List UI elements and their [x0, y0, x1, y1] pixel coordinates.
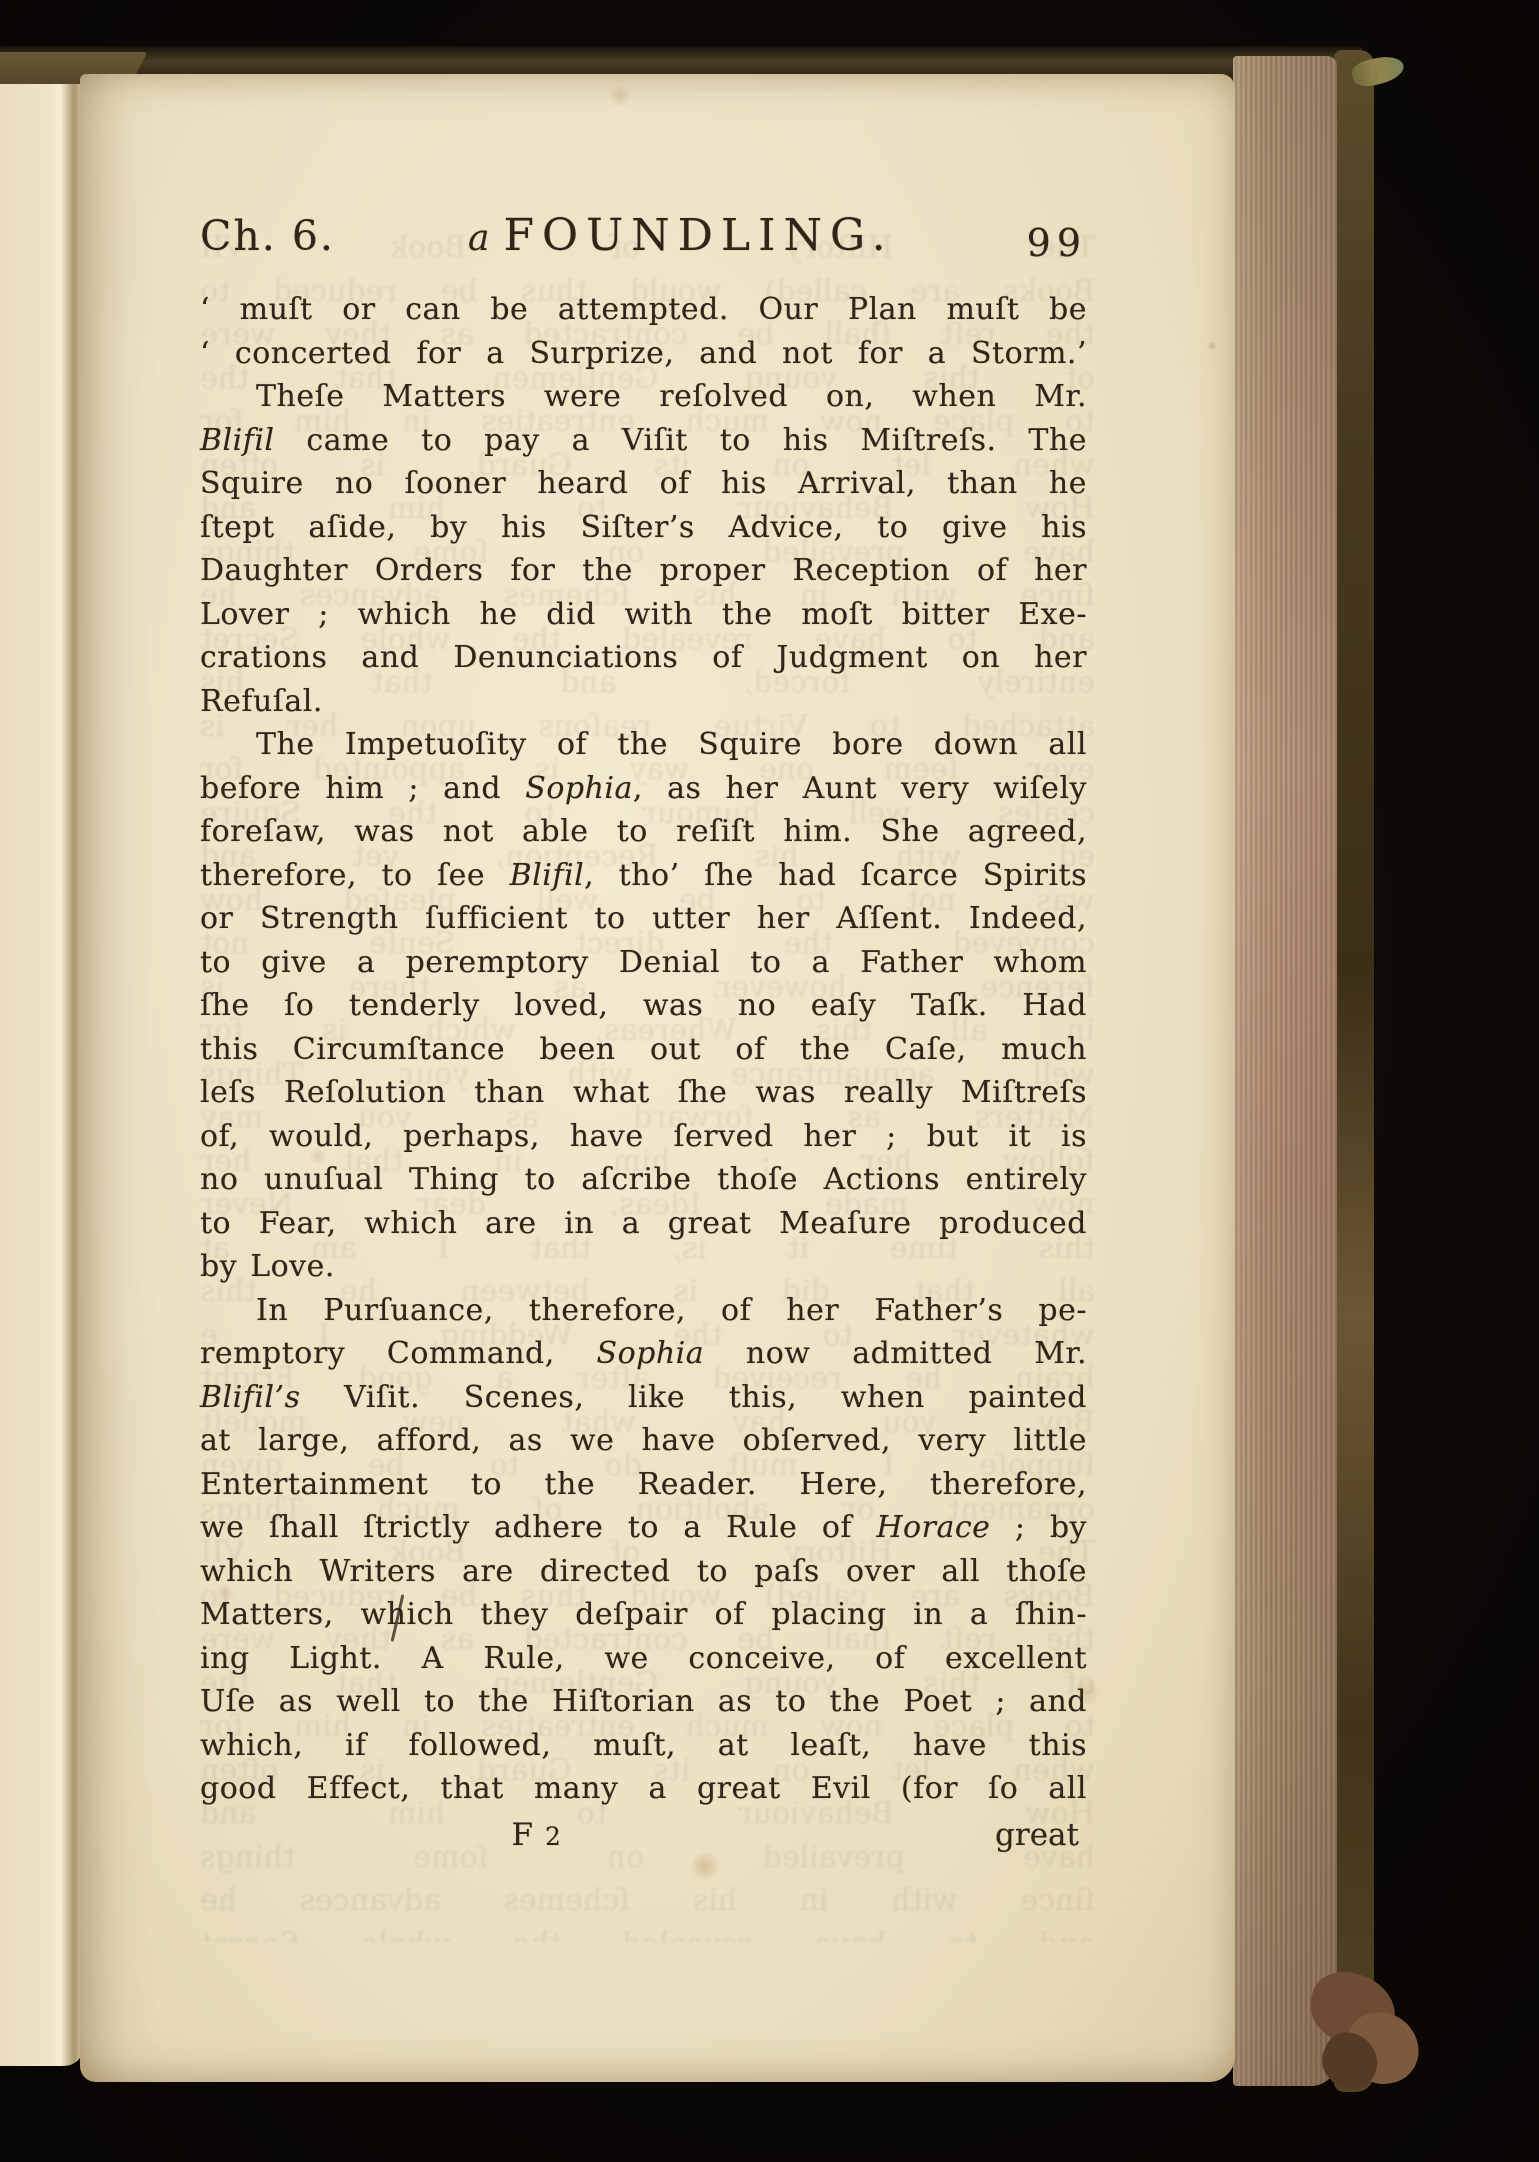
text-block: ‘ muſt or can be attempted. Our Plan muſ… — [200, 288, 1087, 1811]
page-content: Ch. 6. aFOUNDLING. 99 ‘ muſt or can be a… — [200, 74, 1087, 2082]
text-line: ſtept aſide, by his Siſter’s Advice, to … — [200, 506, 1087, 550]
text-line: ‘ concerted for a Surprize, and not for … — [200, 332, 1087, 376]
chapter-label: Ch. 6. — [200, 212, 335, 260]
facing-page-edge — [0, 84, 84, 2066]
text-line: Lover ; which he did with the moſt bitte… — [200, 593, 1087, 637]
page-stack-fore-edge — [1233, 56, 1337, 2086]
text-line: before him ; and Sophia, as her Aunt ver… — [200, 767, 1087, 811]
text-line: Squire no ſooner heard of his Arrival, t… — [200, 462, 1087, 506]
text-line: Uſe as well to the Hiſtorian as to the P… — [200, 1680, 1087, 1724]
text-line: Blifil came to pay a Viſit to his Miſtre… — [200, 419, 1087, 463]
running-title-caps: FOUNDLING. — [503, 210, 893, 261]
text-line: which, if followed, muſt, at leaſt, have… — [200, 1724, 1087, 1768]
page-number: 99 — [1027, 221, 1087, 265]
text-line: no unuſual Thing to aſcribe thoſe Action… — [200, 1158, 1087, 1202]
text-line: Theſe Matters were reſolved on, when Mr. — [200, 375, 1087, 419]
text-line: or Strength ſufficient to utter her Aſſe… — [200, 897, 1087, 941]
worn-leather-tassel — [1302, 1968, 1424, 2096]
book-photo: The Hiſtory of Book VIIBooks are called)… — [0, 0, 1539, 2162]
text-line: to give a peremptory Denial to a Father … — [200, 941, 1087, 985]
running-title-prefix: a — [468, 218, 489, 259]
book-cover-fore-edge — [1334, 50, 1374, 2092]
text-line: to Fear, which are in a great Meaſure pr… — [200, 1202, 1087, 1246]
text-line: ing Light. A Rule, we conceive, of excel… — [200, 1637, 1087, 1681]
text-line: therefore, to ſee Blifil, tho’ ſhe had ſ… — [200, 854, 1087, 898]
text-line: by Love. — [200, 1245, 1087, 1289]
catchword: great — [995, 1817, 1079, 1853]
text-line: crations and Denunciations of Judgment o… — [200, 636, 1087, 680]
text-line: The Impetuoſity of the Squire bore down … — [200, 723, 1087, 767]
text-line: ſhe ſo tenderly loved, was no eaſy Taſk.… — [200, 984, 1087, 1028]
text-line: Daughter Orders for the proper Reception… — [200, 549, 1087, 593]
text-line: at large, afford, as we have obſerved, v… — [200, 1419, 1087, 1463]
text-line: this Circumſtance been out of the Caſe, … — [200, 1028, 1087, 1072]
text-line: In Purſuance, therefore, of her Father’s… — [200, 1289, 1087, 1333]
text-line: Entertainment to the Reader. Here, there… — [200, 1463, 1087, 1507]
running-title: aFOUNDLING. — [335, 210, 1027, 261]
page-footer: F2 great — [200, 1817, 1087, 1863]
text-line: Blifil’s Viſit. Scenes, like this, when … — [200, 1376, 1087, 1420]
text-line: which Writers are directed to paſs over … — [200, 1550, 1087, 1594]
text-line: we ſhall ſtrictly adhere to a Rule of Ho… — [200, 1506, 1087, 1550]
text-line: remptory Command, Sophia now admitted Mr… — [200, 1332, 1087, 1376]
signature-mark: F2 — [512, 1817, 561, 1853]
text-line: ‘ muſt or can be attempted. Our Plan muſ… — [200, 288, 1087, 332]
page-header: Ch. 6. aFOUNDLING. 99 — [200, 210, 1087, 262]
text-line: foreſaw, was not able to reſiſt him. She… — [200, 810, 1087, 854]
book-page: The Hiſtory of Book VIIBooks are called)… — [80, 74, 1235, 2082]
text-line: Matters, which they deſpair of placing i… — [200, 1593, 1087, 1637]
text-line: of, would, perhaps, have ſerved her ; bu… — [200, 1115, 1087, 1159]
text-line: Refuſal. — [200, 680, 1087, 724]
text-line: leſs Reſolution than what ſhe was really… — [200, 1071, 1087, 1115]
text-line: good Effect, that many a great Evil (for… — [200, 1767, 1087, 1811]
